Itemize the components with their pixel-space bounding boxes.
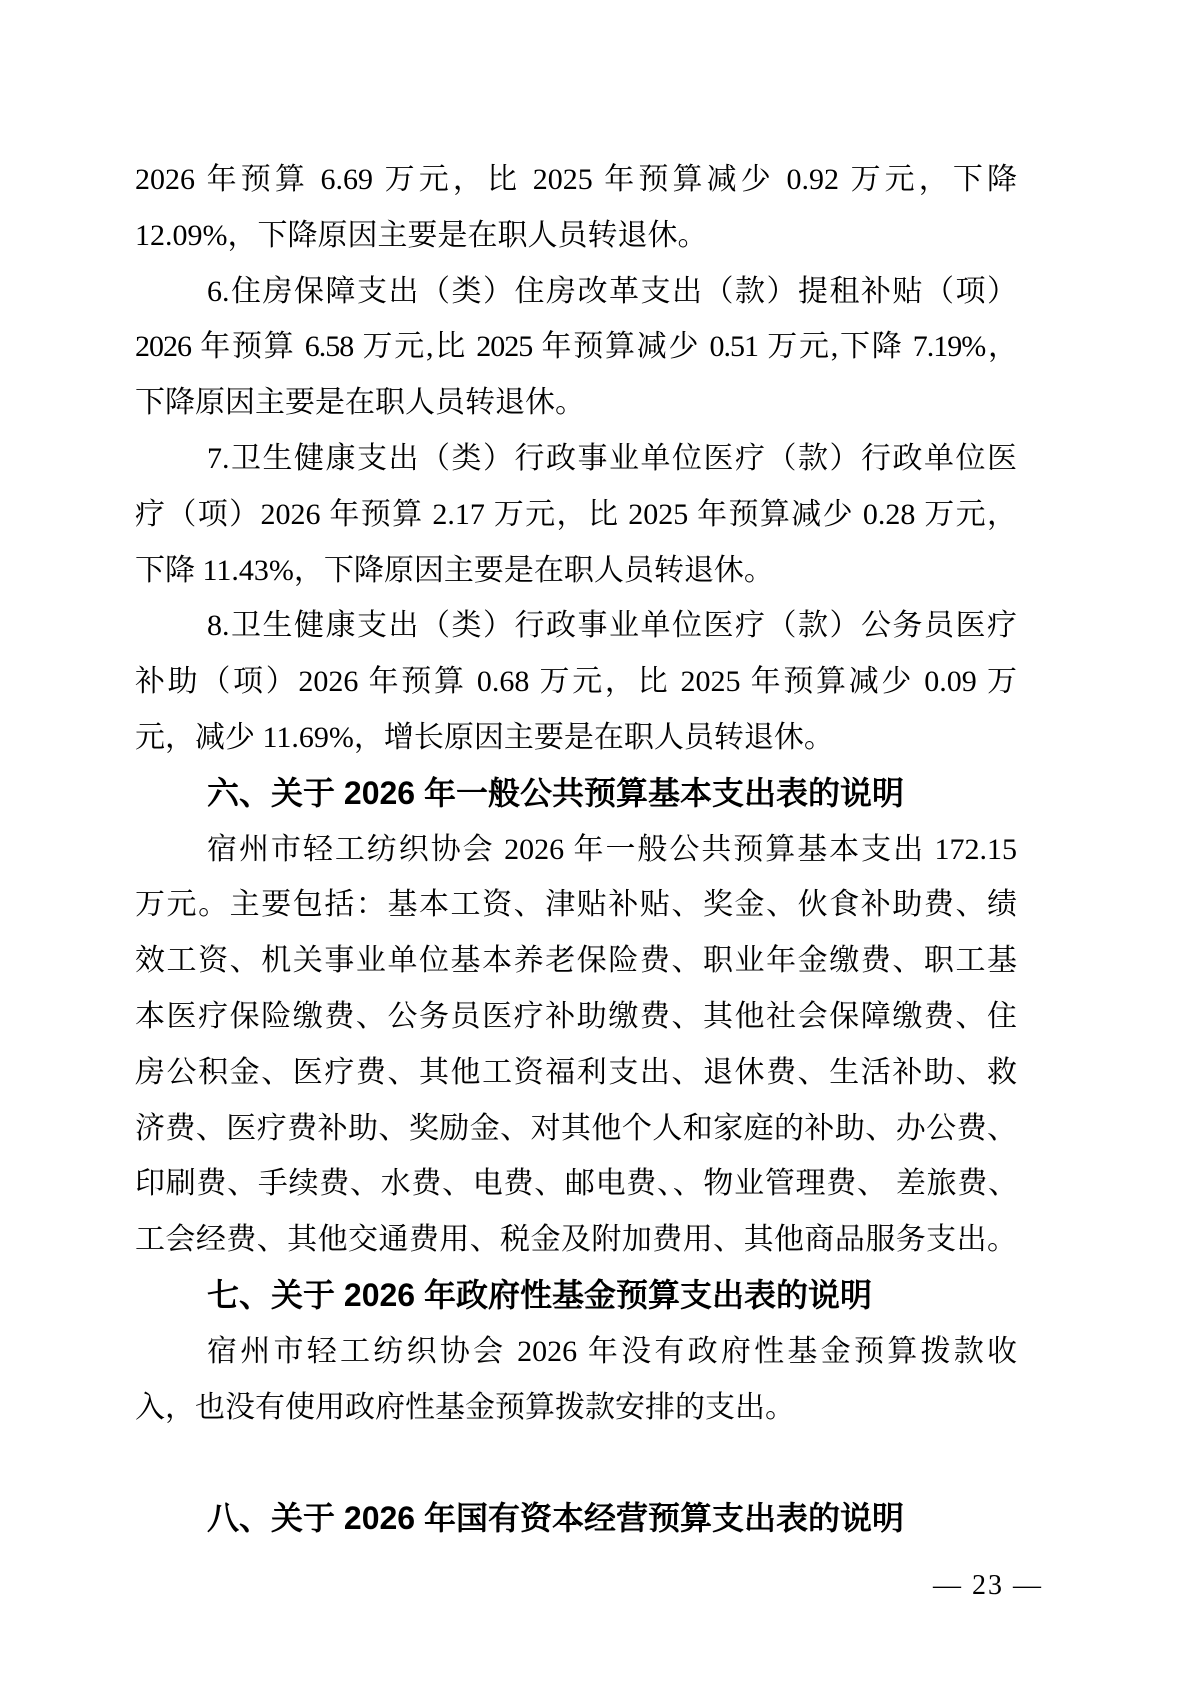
document-page: 2026 年预算 6.69 万元，比 2025 年预算减少 0.92 万元，下降… [0, 0, 1190, 1683]
blank-line [135, 1435, 1017, 1491]
body-text-line: 下降原因主要是在职人员转退休。 [135, 375, 1017, 431]
body-text-line: 房公积金、医疗费、其他工资福利支出、退休费、生活补助、救 [135, 1045, 1017, 1101]
body-text-line: 入，也没有使用政府性基金预算拨款安排的支出。 [135, 1380, 1017, 1436]
body-text-line: 疗（项）2026 年预算 2.17 万元，比 2025 年预算减少 0.28 万… [135, 487, 1017, 543]
document-body: 2026 年预算 6.69 万元，比 2025 年预算减少 0.92 万元，下降… [135, 152, 1017, 1547]
body-text-line: 2026 年预算 6.58 万元,比 2025 年预算减少 0.51 万元,下降… [135, 319, 1017, 375]
body-text-line: 宿州市轻工纺织协会 2026 年一般公共预算基本支出 172.15 [135, 822, 1017, 878]
body-text-line: 2026 年预算 6.69 万元，比 2025 年预算减少 0.92 万元，下降 [135, 152, 1017, 208]
body-text-line: 宿州市轻工纺织协会 2026 年没有政府性基金预算拨款收 [135, 1324, 1017, 1380]
body-text-line: 补助（项）2026 年预算 0.68 万元，比 2025 年预算减少 0.09 … [135, 654, 1017, 710]
section-heading-8: 八、关于 2026 年国有资本经营预算支出表的说明 [135, 1491, 1017, 1547]
body-text-line: 工会经费、其他交通费用、税金及附加费用、其他商品服务支出。 [135, 1212, 1017, 1268]
page-number: — 23 — [933, 1566, 1043, 1606]
body-text-line: 下降 11.43%，下降原因主要是在职人员转退休。 [135, 543, 1017, 599]
body-text-line: 本医疗保险缴费、公务员医疗补助缴费、其他社会保障缴费、住 [135, 989, 1017, 1045]
body-text-line: 效工资、机关事业单位基本养老保险费、职业年金缴费、职工基 [135, 933, 1017, 989]
body-text-line: 12.09%，下降原因主要是在职人员转退休。 [135, 208, 1017, 264]
body-text-line: 7.卫生健康支出（类）行政事业单位医疗（款）行政单位医 [135, 431, 1017, 487]
body-text-line: 万元。主要包括：基本工资、津贴补贴、奖金、伙食补助费、绩 [135, 877, 1017, 933]
section-heading-7: 七、关于 2026 年政府性基金预算支出表的说明 [135, 1268, 1017, 1324]
section-heading-6: 六、关于 2026 年一般公共预算基本支出表的说明 [135, 766, 1017, 822]
body-text-line: 6.住房保障支出（类）住房改革支出（款）提租补贴（项） [135, 264, 1017, 320]
body-text-line: 8.卫生健康支出（类）行政事业单位医疗（款）公务员医疗 [135, 598, 1017, 654]
body-text-line: 济费、医疗费补助、奖励金、对其他个人和家庭的补助、办公费、 [135, 1101, 1017, 1157]
body-text-line: 印刷费、手续费、水费、电费、邮电费、、物业管理费、 差旅费、 [135, 1156, 1017, 1212]
body-text-line: 元，减少 11.69%，增长原因主要是在职人员转退休。 [135, 710, 1017, 766]
